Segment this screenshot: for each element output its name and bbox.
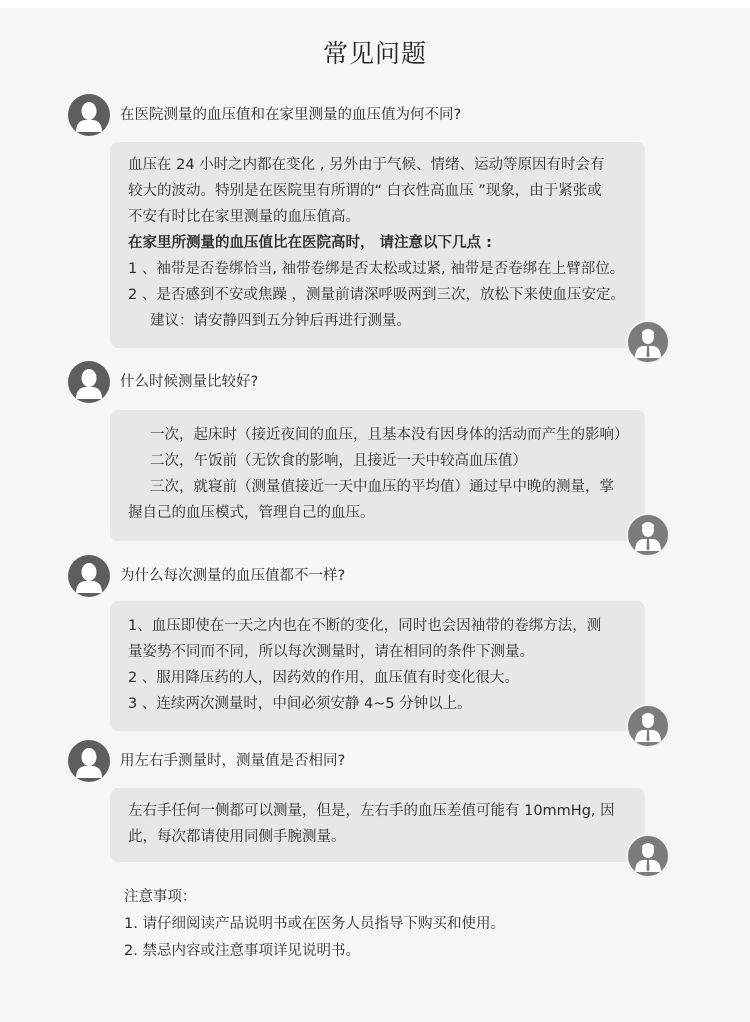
user-avatar-icon xyxy=(68,361,110,403)
answer-line: 1 、袖带是否卷绑恰当, 袖带卷绑是否太松或过紧, 袖带是否卷绑在上臂部位。 xyxy=(128,256,627,282)
faq-question-4: 用左右手测量时，测量值是否相同? xyxy=(120,751,345,771)
answer-line: 不安有时比在家里测量的血压值高。 xyxy=(128,204,627,230)
user-avatar-icon xyxy=(68,94,110,136)
faq-question-2: 什么时候测量比较好? xyxy=(120,372,258,392)
answer-line: 左右手任何一侧都可以测量，但是，左右手的血压差值可能有 10mmHg, 因 xyxy=(128,798,627,824)
answer-line: 此，每次都请使用同侧手腕测量。 xyxy=(128,824,627,850)
faq-question-3: 为什么每次测量的血压值都不一样? xyxy=(120,566,345,586)
answer-line: 血压在 24 小时之内都在变化 , 另外由于气候、情绪、运动等原因有时会有 xyxy=(128,152,627,178)
answer-line: 量姿势不同而不同，所以每次测量时，请在相同的条件下测量。 xyxy=(128,639,627,665)
answer-line: 三次，就寝前（测量值接近一天中血压的平均值）通过早中晚的测量，掌 xyxy=(128,474,627,500)
doctor-avatar-icon xyxy=(626,320,670,364)
user-avatar-icon xyxy=(68,555,110,597)
answer-line: 一次，起床时（接近夜间的血压，且基本没有因身体的活动而产生的影响） xyxy=(128,422,627,448)
notes-item: 1. 请仔细阅读产品说明书或在医务人员指导下购买和使用。 xyxy=(124,911,505,938)
notes-section: 注意事项： 1. 请仔细阅读产品说明书或在医务人员指导下购买和使用。 2. 禁忌… xyxy=(124,884,505,965)
answer-line: 3 、连续两次测量时，中间必须安静 4~5 分钟以上。 xyxy=(128,691,627,717)
doctor-avatar-icon xyxy=(626,834,670,878)
notes-heading: 注意事项： xyxy=(124,884,505,911)
faq-answer-1: 血压在 24 小时之内都在变化 , 另外由于气候、情绪、运动等原因有时会有 较大… xyxy=(110,142,645,348)
faq-answer-2: 一次，起床时（接近夜间的血压，且基本没有因身体的活动而产生的影响） 二次，午饭前… xyxy=(110,410,645,541)
doctor-avatar-icon xyxy=(626,704,670,748)
notes-item: 2. 禁忌内容或注意事项详见说明书。 xyxy=(124,938,505,965)
answer-line: 建议：请安静四到五分钟后再进行测量。 xyxy=(128,308,627,334)
doctor-avatar-icon xyxy=(626,513,670,557)
answer-line: 握自己的血压模式，管理自己的血压。 xyxy=(128,500,627,526)
faq-answer-3: 1、血压即使在一天之内也在不断的变化，同时也会因袖带的卷绑方法，测 量姿势不同而… xyxy=(110,601,645,731)
faq-answer-4: 左右手任何一侧都可以测量，但是，左右手的血压差值可能有 10mmHg, 因 此，… xyxy=(110,788,645,862)
top-strip xyxy=(0,0,750,8)
user-avatar-icon xyxy=(68,740,110,782)
answer-line: 2 、服用降压药的人，因药效的作用，血压值有时变化很大。 xyxy=(128,665,627,691)
answer-line: 较大的波动。特别是在医院里有所谓的“ 白衣性高血压 ”现象，由于紧张或 xyxy=(128,178,627,204)
answer-line: 在家里所测量的血压值比在医院高时， 请注意以下几点 : xyxy=(128,230,627,256)
answer-line: 1、血压即使在一天之内也在不断的变化，同时也会因袖带的卷绑方法，测 xyxy=(128,613,627,639)
faq-question-1: 在医院测量的血压值和在家里测量的血压值为何不同? xyxy=(120,105,461,125)
page-title: 常见问题 xyxy=(0,34,750,70)
answer-line: 二次，午饭前（无饮食的影响，且接近一天中较高血压值） xyxy=(128,448,627,474)
answer-line: 2 、是否感到不安或焦躁 ，测量前请深呼吸两到三次，放松下来使血压安定。 xyxy=(128,282,627,308)
